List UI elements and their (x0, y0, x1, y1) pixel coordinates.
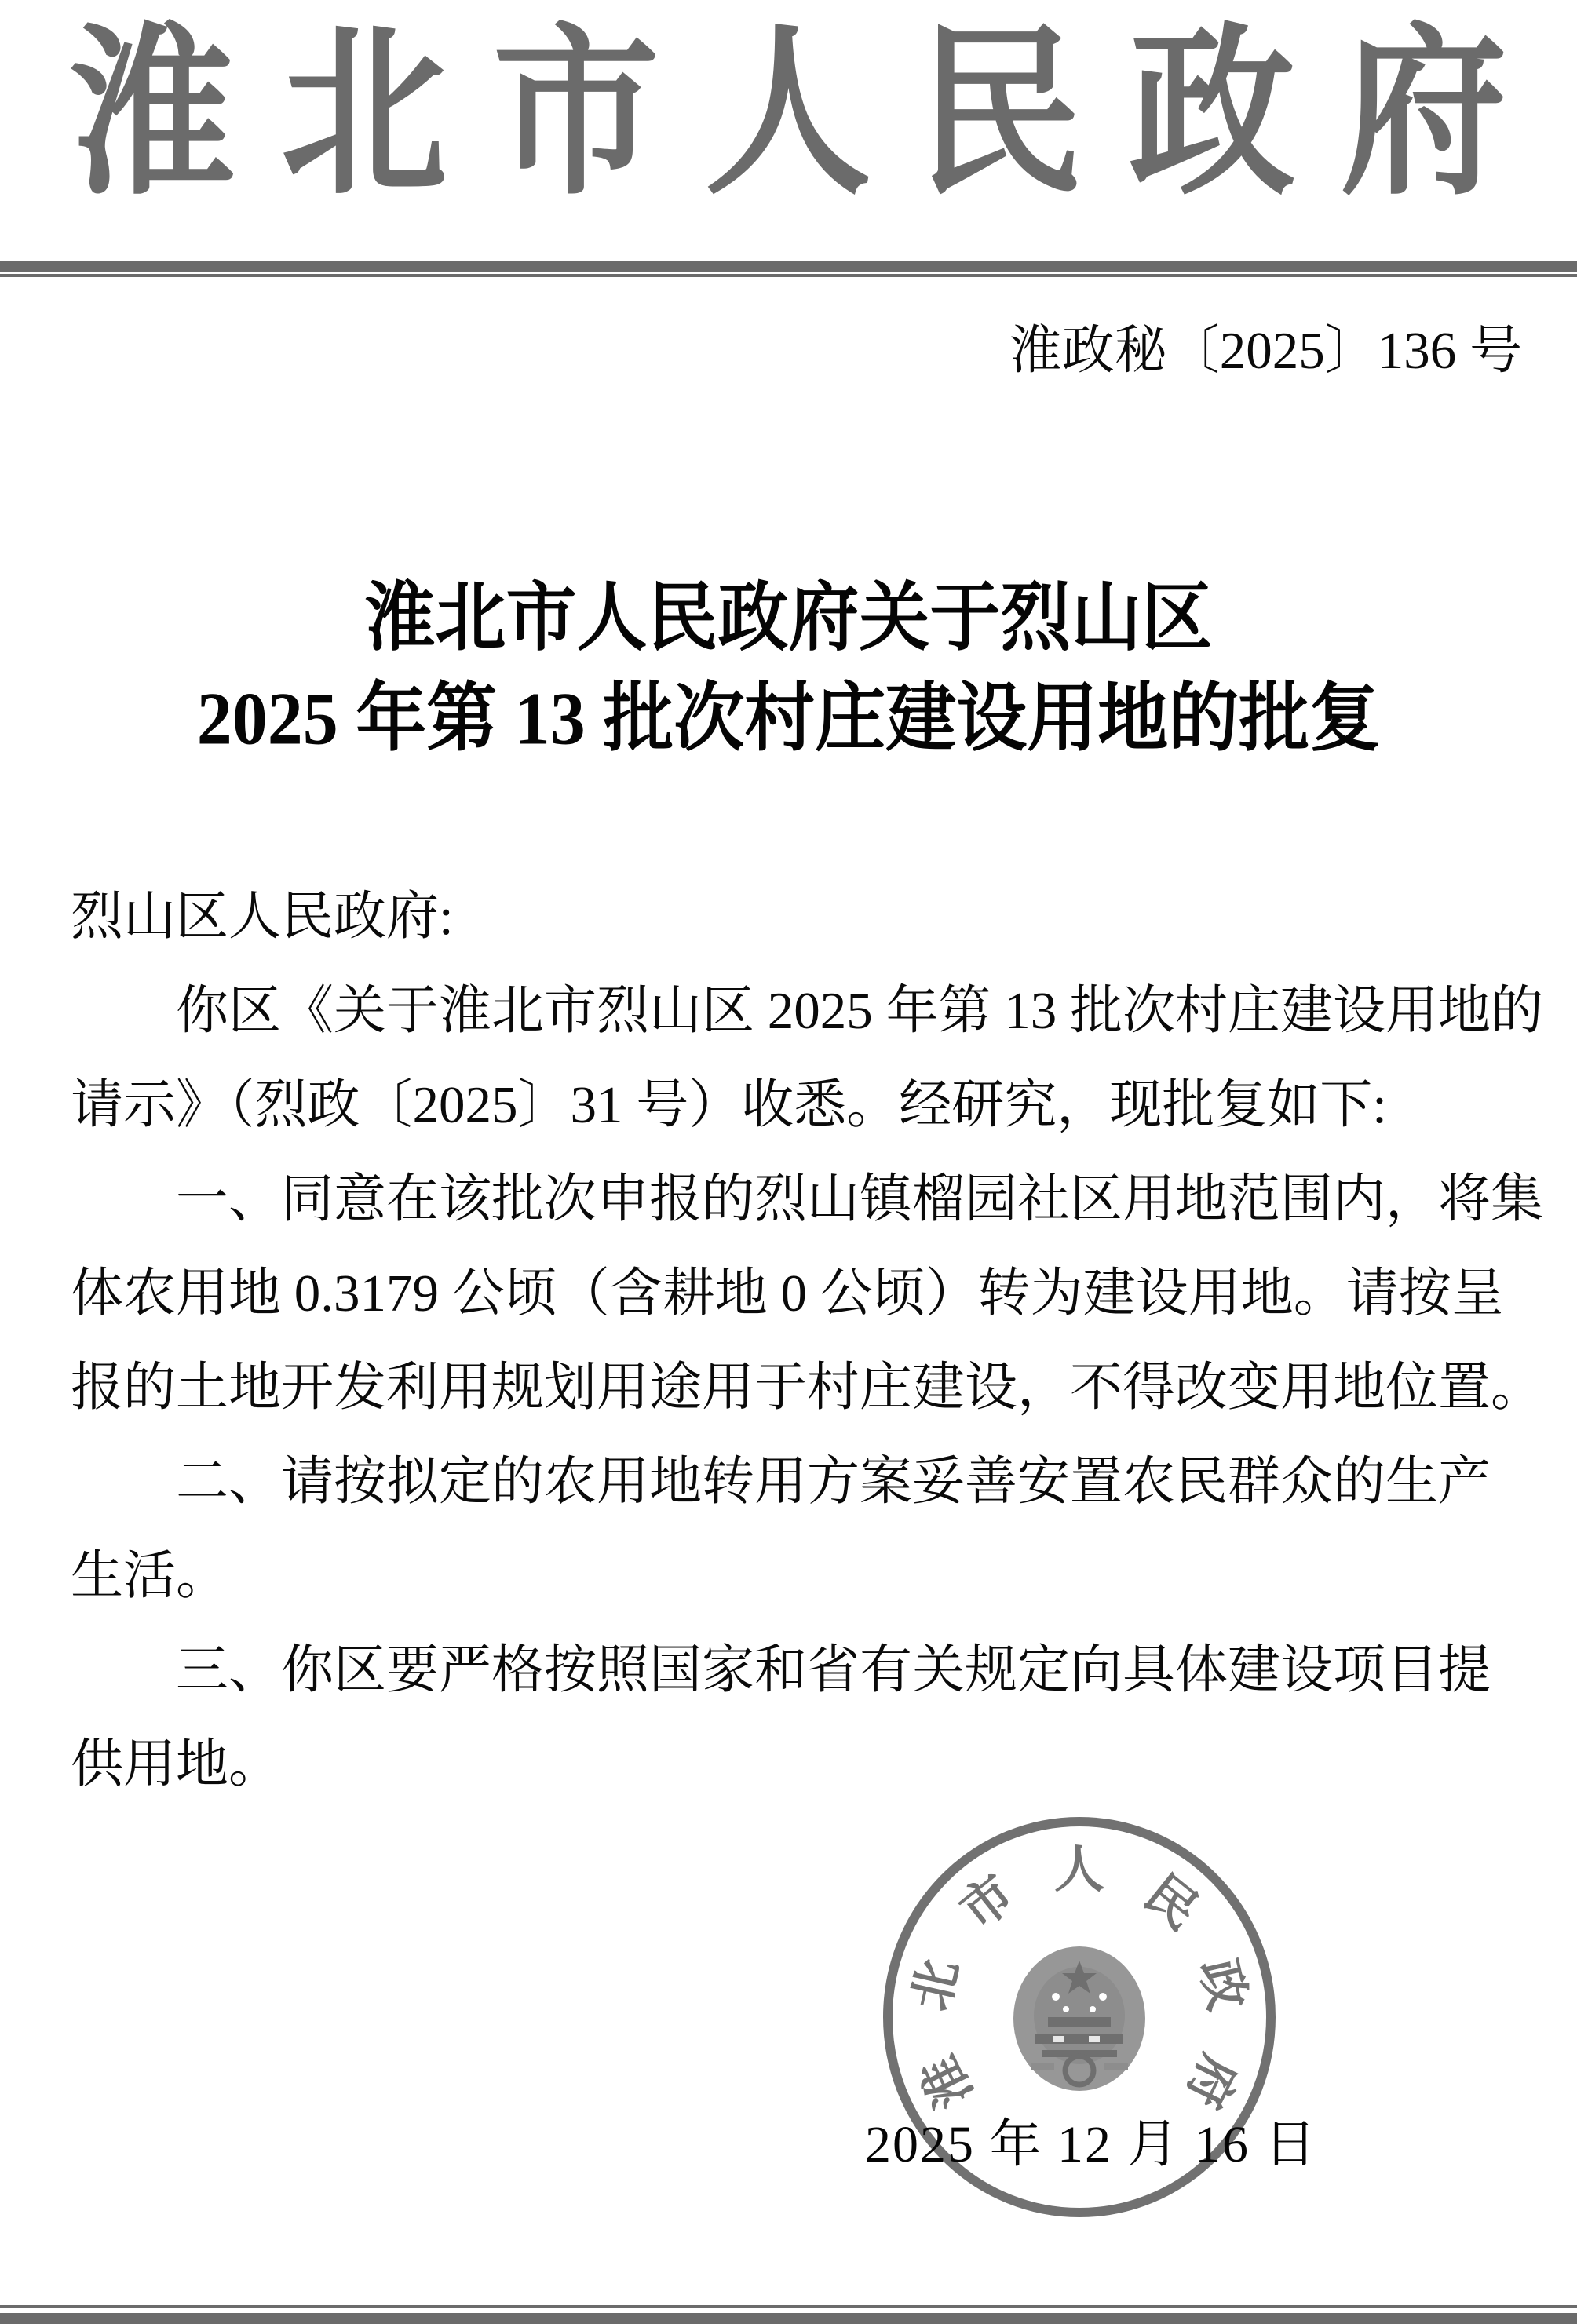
header-rule-thin (0, 274, 1577, 277)
body-line-6: 二、请按拟定的农用地转用方案妥善安置农民群众的生产 (176, 1450, 1491, 1513)
body-line-4: 体农用地 0.3179 公顷（含耕地 0 公顷）转为建设用地。请按呈 (71, 1262, 1504, 1325)
body-line-9: 供用地。 (71, 1733, 281, 1796)
svg-text:淮: 淮 (911, 2047, 984, 2117)
svg-text:民: 民 (1134, 1865, 1208, 1939)
svg-text:北: 北 (903, 1954, 968, 2016)
header-rule-thick (0, 261, 1577, 272)
body-line-8: 三、你区要严格按照国家和省有关规定向具体建设项目提 (176, 1639, 1491, 1702)
salutation: 烈山区人民政府: (71, 885, 454, 948)
document-page: 淮北市人民政府 淮政秘〔2025〕136 号 淮北市人民政府关于烈山区 2025… (0, 0, 1577, 2324)
masthead-org-name: 淮北市人民政府 (69, 24, 1553, 206)
body-line-1: 你区《关于淮北市烈山区 2025 年第 13 批次村庄建设用地的 (176, 980, 1543, 1042)
svg-text:政: 政 (1190, 1954, 1255, 2016)
document-title-line-1: 淮北市人民政府关于烈山区 (0, 578, 1577, 661)
document-title-line-2: 2025 年第 13 批次村庄建设用地的批复 (0, 678, 1577, 761)
body-line-5: 报的土地开发利用规划用途用于村庄建设，不得改变用地位置。 (71, 1356, 1543, 1419)
body-line-2: 请示》（烈政〔2025〕31 号）收悉。经研究，现批复如下: (71, 1074, 1387, 1136)
document-number: 淮政秘〔2025〕136 号 (1009, 317, 1522, 385)
issue-date: 2025 年 12 月 16 日 (865, 2114, 1318, 2176)
footer-rule-thick (0, 2313, 1577, 2324)
svg-text:人: 人 (1054, 1842, 1104, 1898)
svg-text:府: 府 (1176, 2047, 1248, 2117)
svg-text:市: 市 (951, 1865, 1024, 1939)
national-emblem-icon (1013, 1946, 1145, 2091)
body-line-7: 生活。 (71, 1545, 228, 1607)
footer-rule-thin (0, 2305, 1577, 2308)
body-line-3: 一、同意在该批次申报的烈山镇榴园社区用地范围内，将集 (176, 1168, 1543, 1231)
